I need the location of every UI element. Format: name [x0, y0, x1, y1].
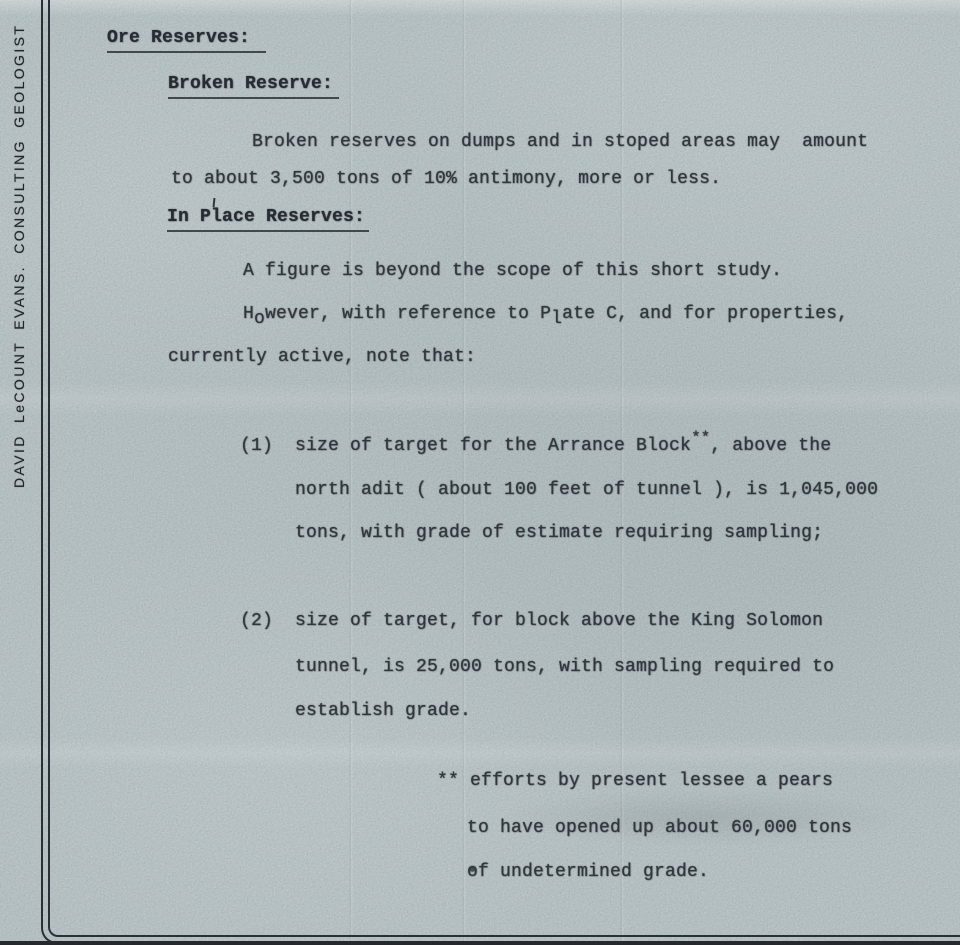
- text-segment: wever, with reference to P: [265, 304, 551, 324]
- item1-number: (1): [240, 436, 273, 457]
- heading-broken-reserve: Broken Reserve:: [168, 74, 339, 99]
- item1-line1: size of target for the Arrance Block**, …: [295, 436, 831, 457]
- dropped-letter: o: [254, 309, 265, 329]
- footnote-line3: of undetermined grade.: [467, 862, 709, 883]
- scan-top-light-band: [0, 0, 960, 16]
- paragraph-line: A figure is beyond the scope of this sho…: [243, 261, 782, 282]
- item1-line2: north adit ( about 100 feet of tunnel ),…: [295, 480, 878, 501]
- item2-line2: tunnel, is 25,000 tons, with sampling re…: [295, 657, 834, 678]
- text-segment: ate C, and for properties,: [562, 304, 848, 324]
- item2-number: (2): [240, 611, 273, 632]
- footnote-line2: to have opened up about 60,000 tons: [467, 818, 852, 839]
- footnote-line1: efforts by present lessee a pears: [470, 771, 833, 792]
- ink-speck: [469, 866, 476, 872]
- item1-line3: tons, with grade of estimate requiring s…: [295, 523, 823, 544]
- item2-line3: establish grade.: [295, 701, 471, 722]
- footnote-reference-marker: **: [691, 429, 710, 447]
- letterhead-name: DAVID LeCOUNT EVANS. CONSULTING GEOLOGIS…: [11, 24, 27, 488]
- heading-ore-reserves: Ore Reserves:: [107, 28, 266, 53]
- paragraph-line-however: However, with reference to Plate C, and …: [243, 304, 848, 325]
- stray-typewriter-tick: [213, 198, 216, 207]
- heading-in-place-reserves: In Place Reserves:: [167, 207, 369, 232]
- text-segment: H: [243, 304, 254, 324]
- paragraph-line: currently active, note that:: [168, 347, 476, 368]
- paragraph-line: Broken reserves on dumps and in stoped a…: [252, 132, 868, 153]
- scan-bottom-edge: [0, 941, 960, 945]
- dropped-letter: l: [551, 309, 562, 329]
- scanned-document-page: DAVID LeCOUNT EVANS. CONSULTING GEOLOGIS…: [0, 0, 960, 945]
- item2-line1: size of target, for block above the King…: [295, 611, 823, 632]
- horizontal-fold-light: [0, 738, 960, 768]
- paragraph-line: to about 3,500 tons of 10% antimony, mor…: [171, 169, 721, 190]
- text-segment: size of target for the Arrance Block: [295, 436, 691, 456]
- footnote-marker: **: [437, 771, 459, 792]
- horizontal-fold-light: [0, 382, 960, 416]
- text-segment: , above the: [710, 436, 831, 456]
